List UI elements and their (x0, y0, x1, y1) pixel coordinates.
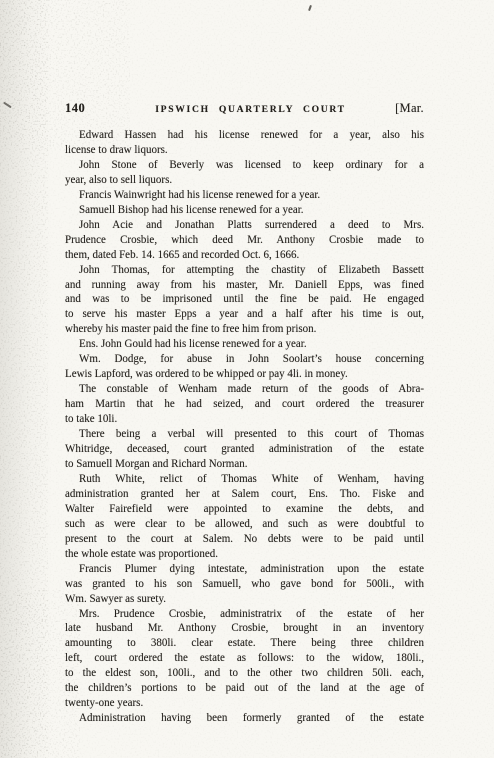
paragraph: Samuell Bishop had his license renewed f… (65, 203, 424, 218)
paragraph: Ruth White, relict of Thomas White of We… (65, 472, 424, 562)
paragraph: There being a verbal will presented to t… (65, 427, 424, 472)
text-line: Whitridge, deceased, court granted admin… (65, 441, 424, 457)
paragraph: John Thomas, for attempting the chastity… (65, 263, 424, 338)
text-line: Administration having been formerly gran… (65, 710, 424, 726)
text-line: to Samuell Morgan and Richard Norman. (65, 456, 424, 472)
text-line: There being a verbal will presented to t… (65, 426, 424, 442)
date-marker: [Mar. (395, 101, 424, 116)
text-line: Ruth White, relict of Thomas White of We… (65, 471, 424, 487)
text-line: the whole estate was proportioned. (65, 546, 424, 562)
text-line: them, dated Feb. 14. 1665 and recorded O… (65, 247, 424, 263)
paragraph: The constable of Wenham made return of t… (65, 382, 424, 427)
text-line: Francis Wainwright had his license renew… (65, 187, 424, 203)
text-line: present to the court at Salem. No debts … (65, 531, 424, 547)
text-line: Francis Plumer dying intestate, administ… (65, 561, 424, 577)
text-line: was granted to his son Samuell, who gave… (65, 576, 424, 592)
text-line: license to draw liquors. (65, 142, 424, 158)
text-line: John Acie and Jonathan Platts surrendere… (65, 217, 424, 233)
running-title: IPSWICH QUARTERLY COURT (155, 104, 346, 115)
text-line: Wm. Sawyer as surety. (65, 591, 424, 607)
paragraph: John Acie and Jonathan Platts surrendere… (65, 218, 424, 263)
text-line: Edward Hassen had his license renewed fo… (65, 127, 424, 143)
paragraph: Wm. Dodge, for abuse in John Soolart’s h… (65, 352, 424, 382)
paragraph: Francis Wainwright had his license renew… (65, 188, 424, 203)
text-line: John Thomas, for attempting the chastity… (65, 262, 424, 278)
page-header: 140 IPSWICH QUARTERLY COURT [Mar. (65, 101, 424, 116)
text-line: Prudence Crosbie, which deed Mr. Anthony… (65, 232, 424, 248)
text-line: Walter Fairefield were appointed to exam… (65, 501, 424, 517)
page-body: Edward Hassen had his license renewed fo… (65, 128, 424, 726)
paragraph: Administration having been formerly gran… (65, 711, 424, 726)
scanned-page: 140 IPSWICH QUARTERLY COURT [Mar. Edward… (0, 0, 494, 758)
paragraph: John Stone of Beverly was licensed to ke… (65, 158, 424, 188)
text-line: year, also to sell liquors. (65, 172, 424, 188)
paragraph: Francis Plumer dying intestate, administ… (65, 562, 424, 607)
page-edge-shading (0, 0, 52, 758)
paragraph: Edward Hassen had his license renewed fo… (65, 128, 424, 158)
paragraph: Mrs. Prudence Crosbie, administratrix of… (65, 607, 424, 712)
text-line: such as were clear to be allowed, and su… (65, 516, 424, 532)
text-line: John Stone of Beverly was licensed to ke… (65, 157, 424, 173)
paragraph: Ens. John Gould had his license renewed … (65, 337, 424, 352)
text-line: administration granted her at Salem cour… (65, 486, 424, 502)
text-line: Samuell Bishop had his license renewed f… (65, 202, 424, 218)
scan-artifact-top-right (308, 5, 312, 11)
text-line: to take 10li. (65, 411, 424, 427)
page-number: 140 (65, 101, 85, 116)
